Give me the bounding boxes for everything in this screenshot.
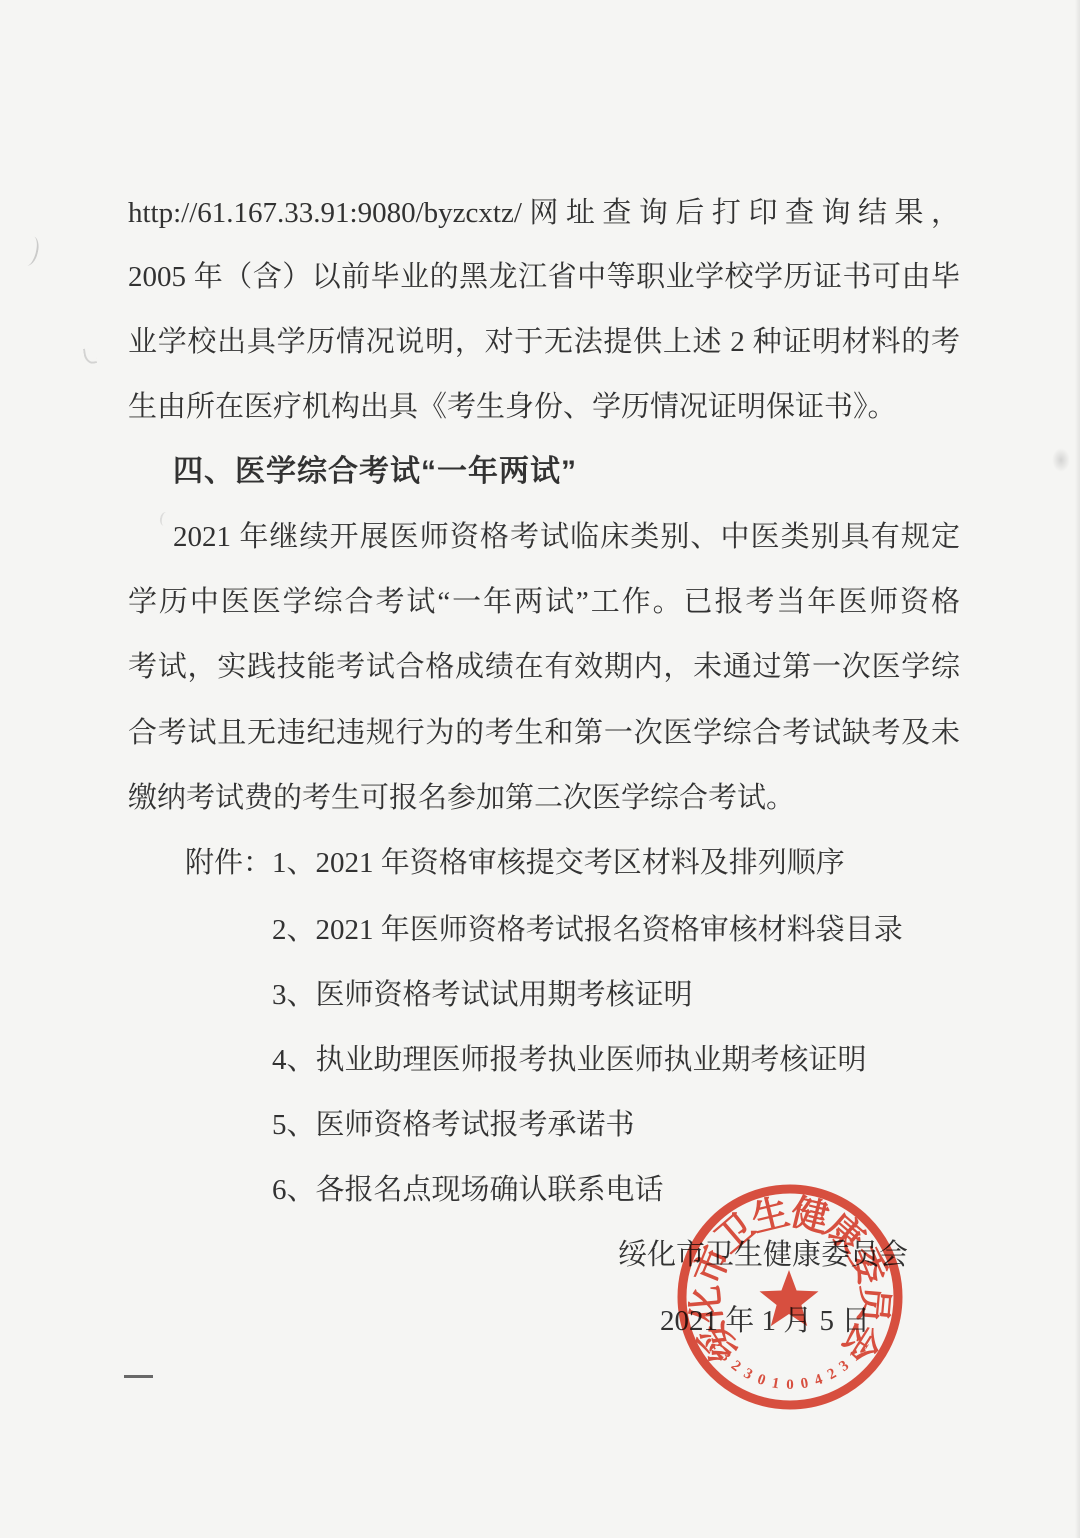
issue-date: 2021 年 1 月 5 日: [660, 1304, 870, 1339]
paragraph-line: 生由所在医疗机构出具《考生身份、学历情况证明保证书》。: [128, 390, 897, 425]
paragraph-line: 2021 年继续开展医师资格考试临床类别、中医类别具有规定: [128, 520, 960, 555]
svg-text:3: 3: [836, 1358, 852, 1375]
scanned-document-page: http://61.167.33.91:9080/byzcxtz/网址查询后打印…: [0, 0, 1080, 1538]
paragraph-line: 学历中医医学综合考试“一年两试”工作。已报考当年医师资格: [128, 585, 960, 620]
svg-text:2: 2: [825, 1365, 839, 1383]
svg-text:0: 0: [755, 1371, 767, 1389]
svg-text:3: 3: [741, 1365, 755, 1383]
paragraph-line: 缴纳考试费的考生可报名参加第二次医学综合考试。: [128, 781, 795, 816]
svg-text:1: 1: [770, 1375, 780, 1392]
section-heading: 四、医学综合考试“一年两试”: [173, 454, 577, 490]
scan-artifact-mark: [83, 347, 97, 365]
scan-artifact-dash: [124, 1375, 153, 1378]
svg-text:4: 4: [812, 1371, 825, 1389]
paragraph-line: 2005 年（含）以前毕业的黑龙江省中等职业学校学历证书可由毕: [128, 260, 960, 295]
svg-text:3: 3: [717, 1348, 734, 1364]
paragraph-line: 业学校出具学历情况说明，对于无法提供上述 2 种证明材料的考: [128, 325, 960, 360]
attachments-label: 附件：: [185, 847, 272, 879]
official-seal: 绥化市卫生健康委员会2323010042311: [640, 1147, 940, 1447]
svg-text:2: 2: [728, 1358, 744, 1375]
svg-text:1: 1: [846, 1348, 863, 1364]
svg-text:1: 1: [855, 1337, 873, 1352]
attachments-line: 附件：1、2021 年资格审核提交考区材料及排列顺序: [185, 846, 845, 881]
paragraph-line: 考试，实践技能考试合格成绩在有效期内，未通过第一次医学综: [128, 650, 960, 685]
scan-artifact-mark: [19, 235, 42, 268]
paragraph-line-url: http://61.167.33.91:9080/byzcxtz/网址查询后打印…: [128, 196, 960, 231]
svg-text:0: 0: [786, 1377, 794, 1393]
attachment-item: 2、2021 年医师资格考试报名资格审核材料袋目录: [272, 913, 903, 948]
svg-text:生: 生: [747, 1191, 793, 1241]
svg-text:2: 2: [707, 1337, 725, 1352]
attachment-item: 4、执业助理医师报考执业医师执业期考核证明: [272, 1043, 867, 1078]
attachment-item: 6、各报名点现场确认联系电话: [272, 1173, 664, 1208]
scan-edge-shadow: [1075, 0, 1080, 1538]
scan-artifact-smudge: [1052, 448, 1070, 472]
attachment-item: 5、医师资格考试报考承诺书: [272, 1108, 635, 1143]
svg-text:健: 健: [787, 1191, 833, 1241]
attachment-item: 1、2021 年资格审核提交考区材料及排列顺序: [272, 847, 845, 879]
paragraph-line: 合考试且无违纪违规行为的考生和第一次医学综合考试缺考及未: [128, 716, 960, 751]
svg-text:0: 0: [799, 1375, 809, 1392]
attachment-item: 3、医师资格考试试用期考核证明: [272, 978, 693, 1013]
issuer-signature: 绥化市卫生健康委员会: [618, 1238, 908, 1273]
seal-graphic: 绥化市卫生健康委员会2323010042311: [640, 1147, 940, 1447]
